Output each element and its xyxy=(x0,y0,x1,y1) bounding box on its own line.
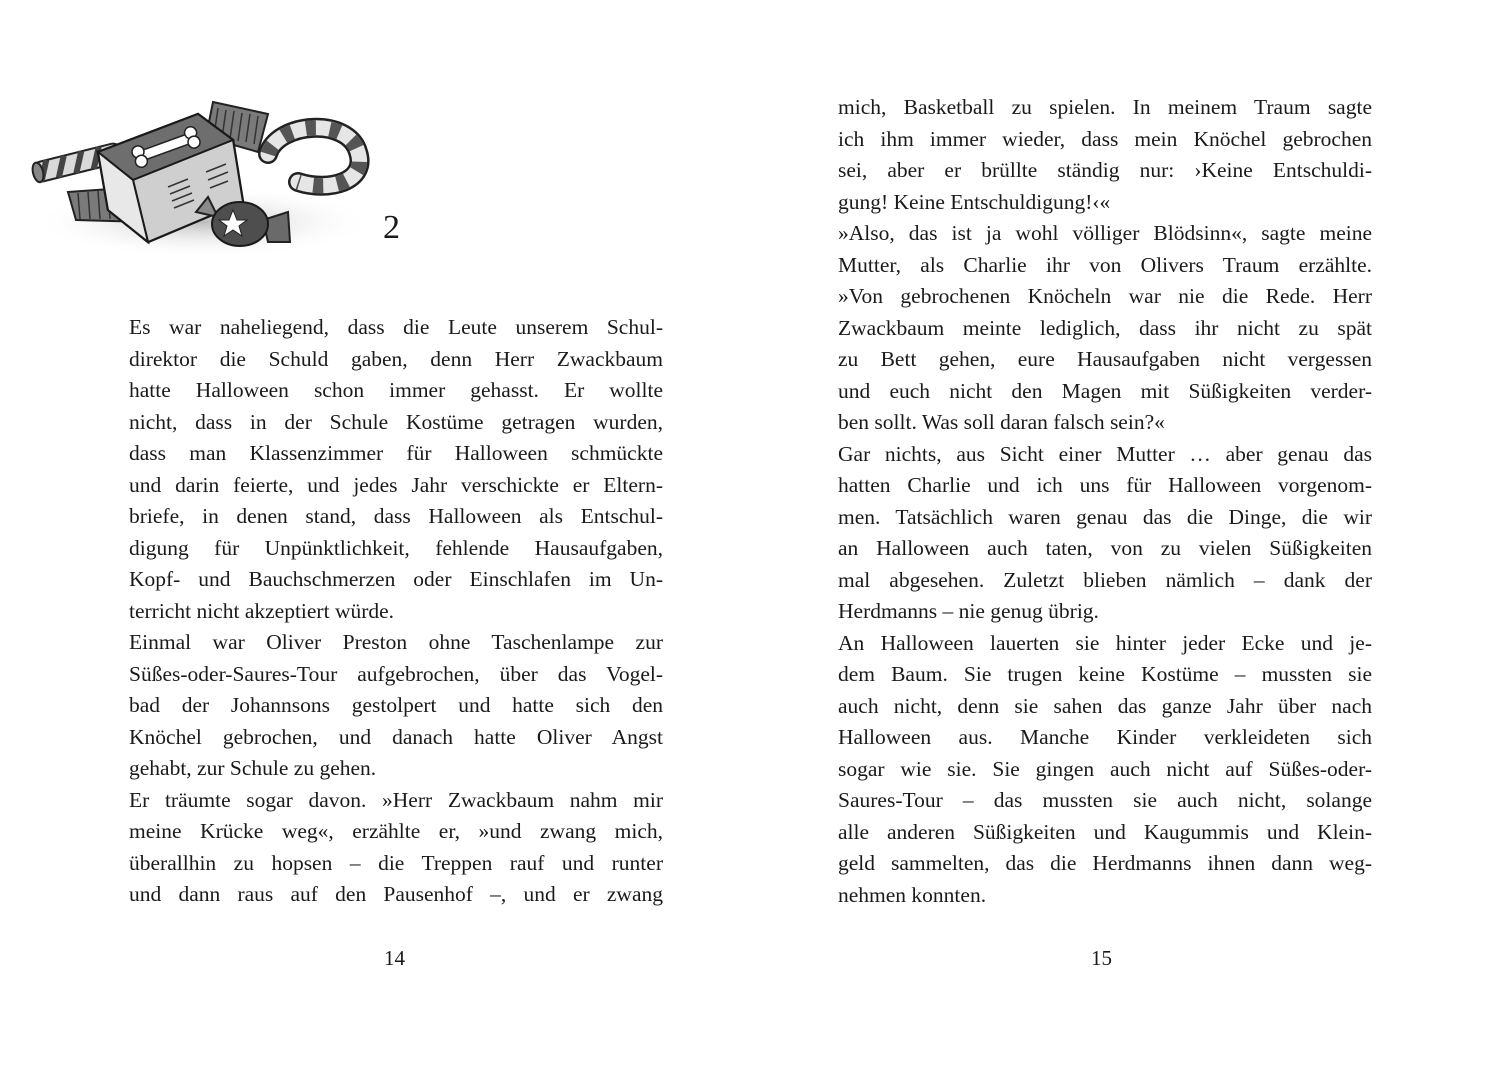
text-line: mich, Basketball zu spielen. In meinem T… xyxy=(838,92,1372,124)
text-line: meine Krücke weg«, erzählte er, »und zwa… xyxy=(129,816,663,848)
text-line: Kopf- und Bauchschmerzen oder Einschlafe… xyxy=(129,564,663,596)
candy-illustration-icon xyxy=(28,92,373,260)
text-line: sei, aber er brüllte ständig nur: ›Keine… xyxy=(838,155,1372,187)
text-line: digung für Unpünktlichkeit, fehlende Hau… xyxy=(129,533,663,565)
text-line: und darin feierte, und jedes Jahr versch… xyxy=(129,470,663,502)
text-line: direktor die Schuld gaben, denn Herr Zwa… xyxy=(129,344,663,376)
chapter-number: 2 xyxy=(383,208,400,248)
text-line: men. Tatsächlich waren genau das die Din… xyxy=(838,502,1372,534)
text-line: Einmal war Oliver Preston ohne Taschenla… xyxy=(129,627,663,659)
page-number-left: 14 xyxy=(384,944,405,972)
text-line: Herdmanns – nie genug übrig. xyxy=(838,596,1372,628)
text-line: Knöchel gebrochen, und danach hatte Oliv… xyxy=(129,722,663,754)
text-line: geld sammelten, das die Herdmanns ihnen … xyxy=(838,848,1372,880)
text-line: auch nicht, denn sie sahen das ganze Jah… xyxy=(838,691,1372,723)
left-page-body: Es war naheliegend, dass die Leute unser… xyxy=(129,312,663,911)
text-line: dem Baum. Sie trugen keine Kostüme – mus… xyxy=(838,659,1372,691)
text-line: terricht nicht akzeptiert würde. xyxy=(129,596,663,628)
text-line: mal abgesehen. Zuletzt blieben nämlich –… xyxy=(838,565,1372,597)
text-line: Mutter, als Charlie ihr von Olivers Trau… xyxy=(838,250,1372,282)
text-line: »Von gebrochenen Knöcheln war nie die Re… xyxy=(838,281,1372,313)
text-line: ich ihm immer wieder, dass mein Knöchel … xyxy=(838,124,1372,156)
text-line: und dann raus auf den Pausenhof –, und e… xyxy=(129,879,663,911)
text-line: gung! Keine Entschuldigung!‹« xyxy=(838,187,1372,219)
text-line: sogar wie sie. Sie gingen auch nicht auf… xyxy=(838,754,1372,786)
text-line: hatten Charlie und ich uns für Halloween… xyxy=(838,470,1372,502)
right-page: mich, Basketball zu spielen. In meinem T… xyxy=(750,0,1500,1086)
text-line: und euch nicht den Magen mit Süßigkeiten… xyxy=(838,376,1372,408)
text-line: Süßes-oder-Saures-Tour aufgebrochen, übe… xyxy=(129,659,663,691)
text-line: bad der Johannsons gestolpert und hatte … xyxy=(129,690,663,722)
text-line: briefe, in denen stand, dass Halloween a… xyxy=(129,501,663,533)
text-line: Gar nichts, aus Sicht einer Mutter … abe… xyxy=(838,439,1372,471)
text-line: dass man Klassenzimmer für Halloween sch… xyxy=(129,438,663,470)
text-line: hatte Halloween schon immer gehasst. Er … xyxy=(129,375,663,407)
right-page-body: mich, Basketball zu spielen. In meinem T… xyxy=(838,92,1372,911)
text-line: nehmen konnten. xyxy=(838,880,1372,912)
text-line: Halloween aus. Manche Kinder verkleidete… xyxy=(838,722,1372,754)
page-number-right: 15 xyxy=(1091,944,1112,972)
text-line: überallhin zu hopsen – die Treppen rauf … xyxy=(129,848,663,880)
text-line: »Also, das ist ja wohl völliger Blödsinn… xyxy=(838,218,1372,250)
text-line: Saures-Tour – das mussten sie auch nicht… xyxy=(838,785,1372,817)
text-line: Er träumte sogar davon. »Herr Zwackbaum … xyxy=(129,785,663,817)
text-line: Zwackbaum meinte lediglich, dass ihr nic… xyxy=(838,313,1372,345)
text-line: alle anderen Süßigkeiten und Kaugummis u… xyxy=(838,817,1372,849)
text-line: Es war naheliegend, dass die Leute unser… xyxy=(129,312,663,344)
text-line: nicht, dass in der Schule Kostüme getrag… xyxy=(129,407,663,439)
left-page: 2 Es war naheliegend, dass die Leute uns… xyxy=(0,0,750,1086)
text-line: gehabt, zur Schule zu gehen. xyxy=(129,753,663,785)
text-line: an Halloween auch taten, von zu vielen S… xyxy=(838,533,1372,565)
text-line: An Halloween lauerten sie hinter jeder E… xyxy=(838,628,1372,660)
text-line: zu Bett gehen, eure Hausaufgaben nicht v… xyxy=(838,344,1372,376)
text-line: ben sollt. Was soll daran falsch sein?« xyxy=(838,407,1372,439)
